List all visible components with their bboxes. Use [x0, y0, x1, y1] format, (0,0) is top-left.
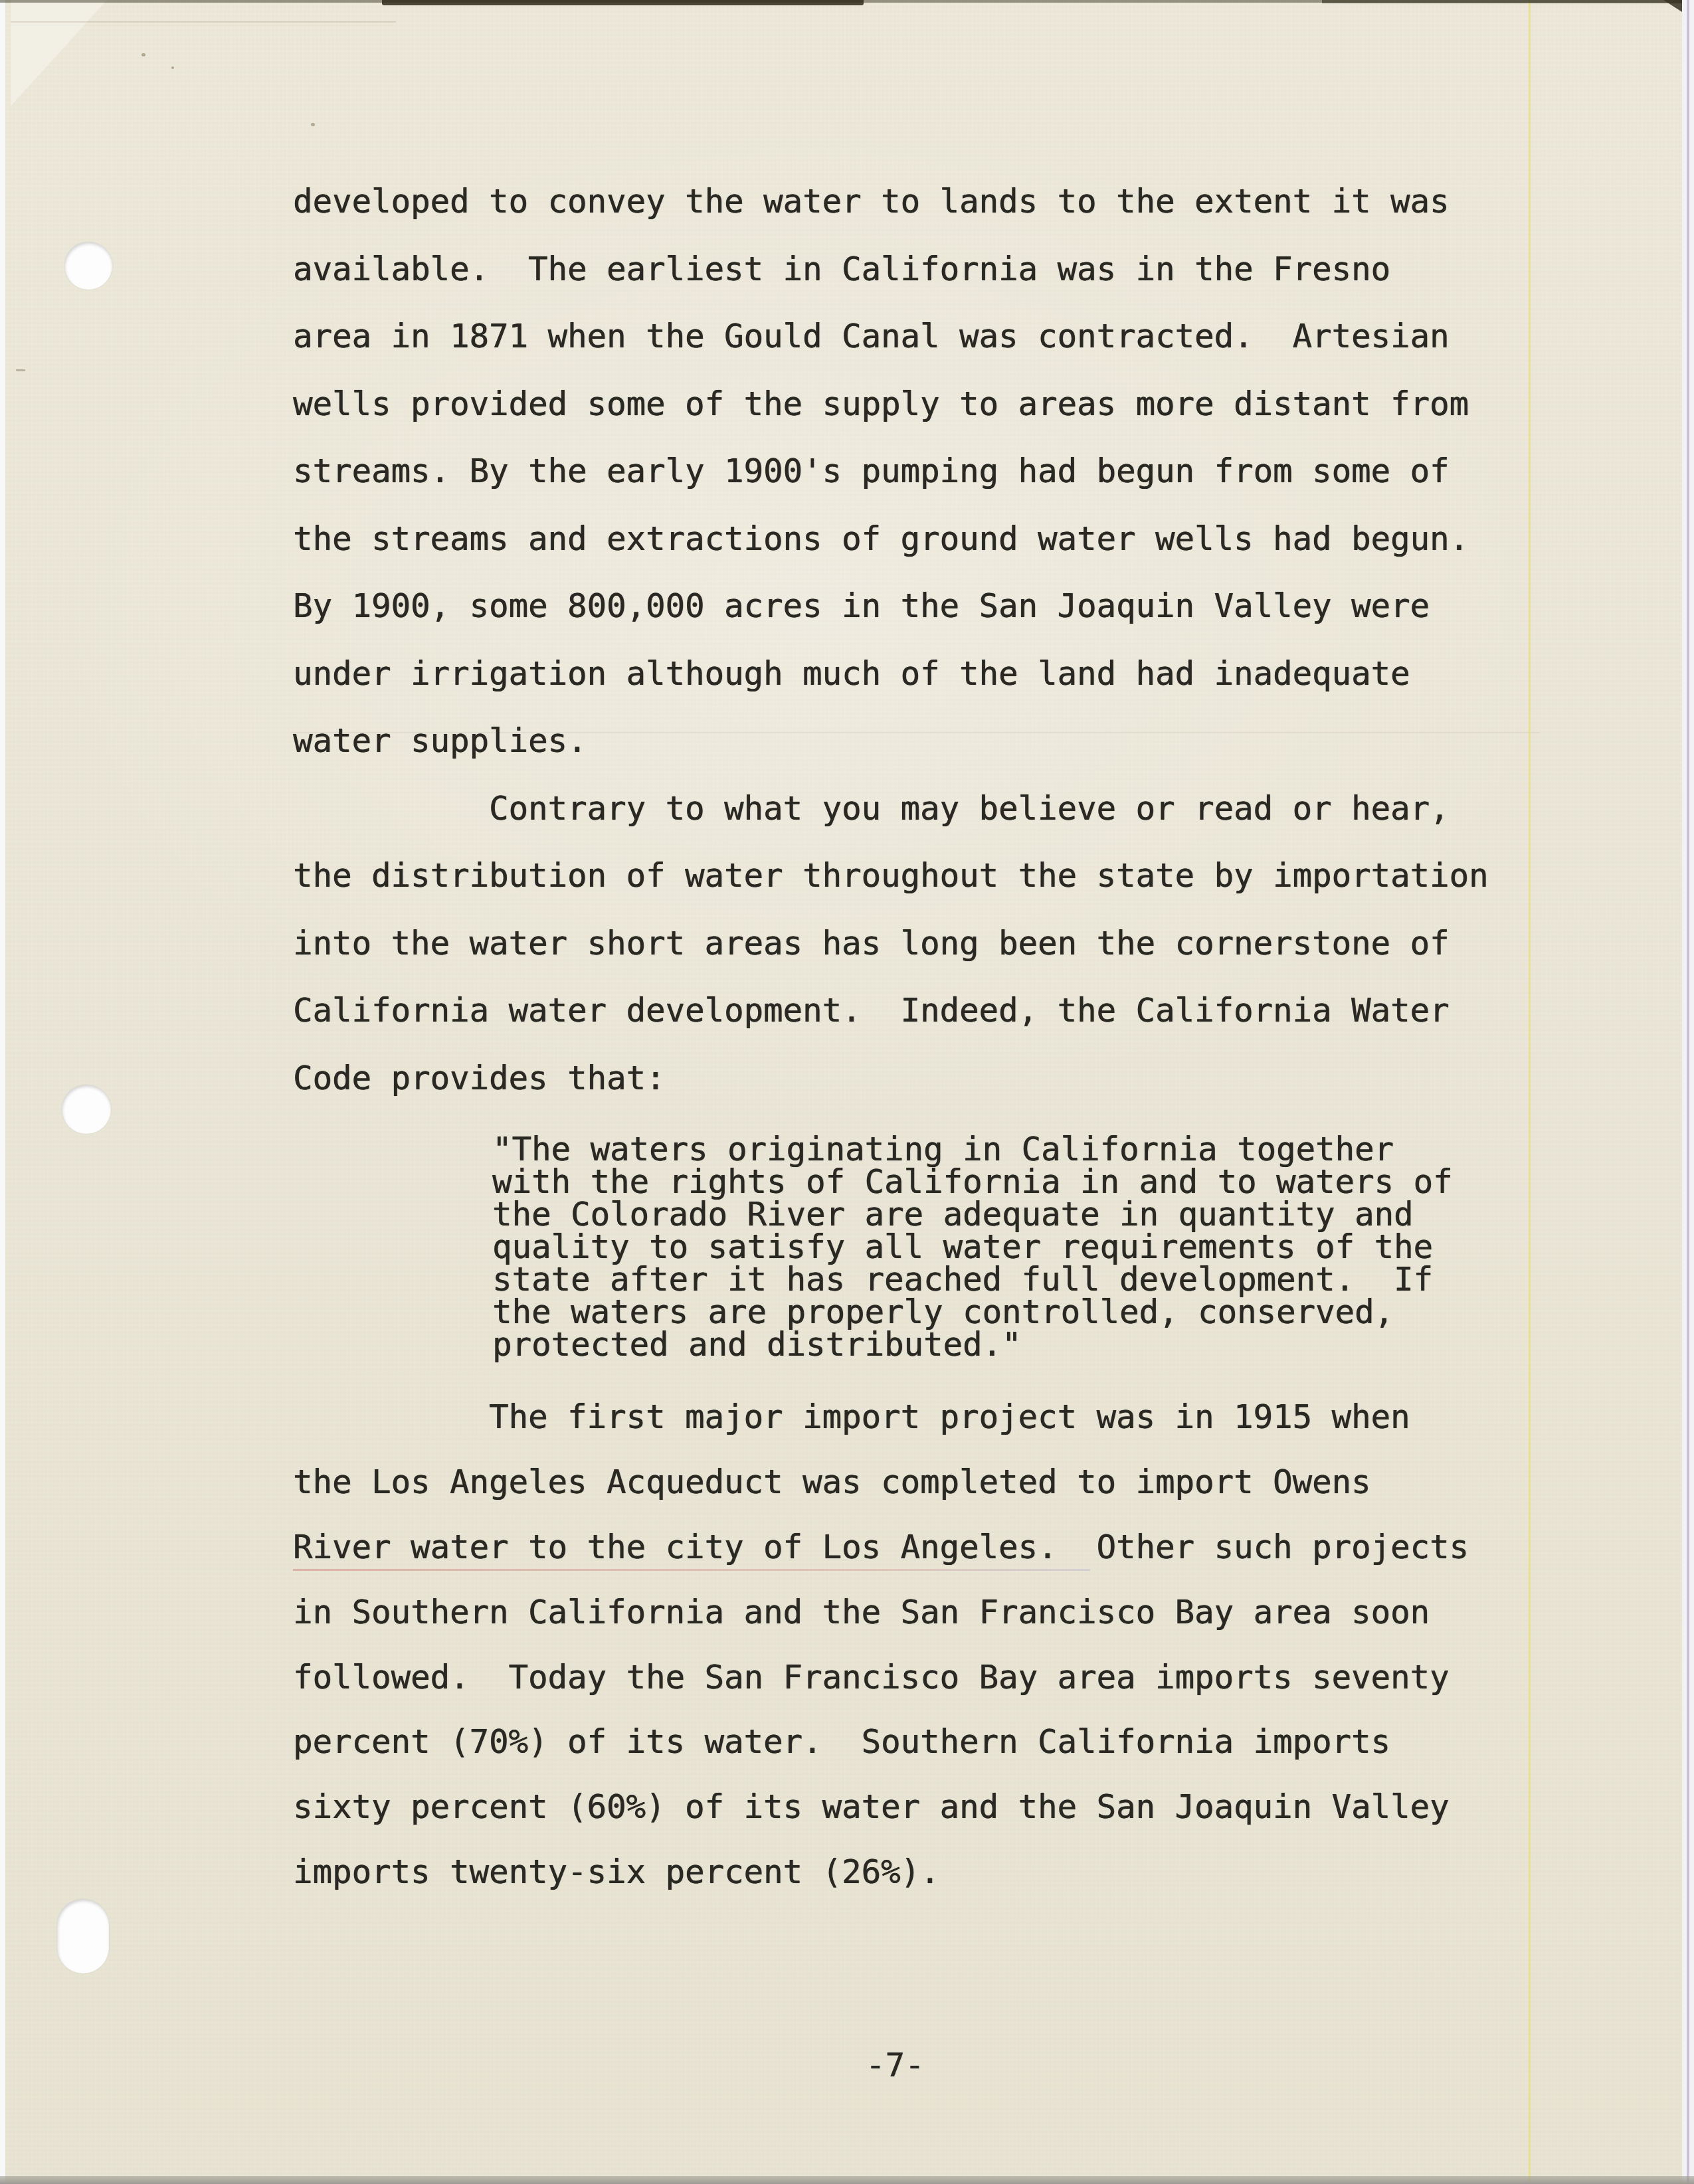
scan-top-edge-dark: [382, 0, 864, 5]
text-line: The first major import project was in 19…: [293, 1385, 1469, 1450]
paper-sheet: developed to convey the water to lands t…: [5, 0, 1682, 2184]
text-line: California water development. Indeed, th…: [293, 977, 1489, 1045]
scan-corner-shadow: [1663, 0, 1682, 12]
vertical-scan-line: [1529, 0, 1531, 2184]
scan-speck: [16, 369, 25, 371]
scanned-page: developed to convey the water to lands t…: [0, 0, 1694, 2184]
text-line: sixty percent (60%) of its water and the…: [293, 1775, 1469, 1840]
folded-corner: [11, 0, 107, 106]
text-line: the waters are properly controlled, cons…: [492, 1296, 1453, 1328]
text-line: By 1900, some 800,000 acres in the San J…: [293, 573, 1489, 640]
hole-punch: [62, 1085, 111, 1134]
text-line: the Los Angeles Acqueduct was completed …: [293, 1450, 1469, 1515]
text-line: "The waters originating in California to…: [492, 1133, 1453, 1166]
blockquote-water-code: "The waters originating in California to…: [492, 1133, 1453, 1361]
text-line: in Southern California and the San Franc…: [293, 1580, 1469, 1645]
text-line: area in 1871 when the Gould Canal was co…: [293, 303, 1489, 371]
scan-bottom-edge: [0, 2176, 1694, 2184]
text-line: developed to convey the water to lands t…: [293, 168, 1489, 236]
hole-punch: [57, 1899, 109, 1973]
text-line: wells provided some of the supply to are…: [293, 371, 1489, 438]
scan-edge-line: [1687, 0, 1689, 2184]
text-line: Code provides that:: [293, 1045, 1489, 1113]
text-line: imports twenty-six percent (26%).: [293, 1840, 1469, 1905]
text-line: streams. By the early 1900's pumping had…: [293, 438, 1489, 505]
scan-top-edge: [1322, 0, 1682, 3]
paper-crease: [11, 21, 396, 23]
paragraphs-bottom: The first major import project was in 19…: [293, 1385, 1469, 1905]
scan-color-artifact: [293, 1569, 1090, 1571]
hole-punch: [64, 242, 112, 290]
text-line: under irrigation although much of the la…: [293, 640, 1489, 708]
text-line: the Colorado River are adequate in quant…: [492, 1198, 1453, 1231]
text-line: quality to satisfy all water requirement…: [492, 1231, 1453, 1263]
scan-speck: [311, 123, 315, 126]
text-line: percent (70%) of its water. Southern Cal…: [293, 1710, 1469, 1775]
text-line: with the rights of California in and to …: [492, 1166, 1453, 1198]
text-line: protected and distributed.": [492, 1328, 1453, 1361]
text-line: into the water short areas has long been…: [293, 910, 1489, 978]
scan-speck: [141, 53, 145, 56]
text-line: water supplies.: [293, 707, 1489, 775]
text-line: state after it has reached full developm…: [492, 1263, 1453, 1296]
text-line: the streams and extractions of ground wa…: [293, 505, 1489, 573]
text-line: Contrary to what you may believe or read…: [293, 775, 1489, 843]
paragraphs-top: developed to convey the water to lands t…: [293, 168, 1489, 1112]
text-line: followed. Today the San Francisco Bay ar…: [293, 1645, 1469, 1710]
text-line: the distribution of water throughout the…: [293, 842, 1489, 910]
scan-speck: [171, 66, 174, 69]
page-number: -7-: [866, 2049, 925, 2082]
text-line: available. The earliest in California wa…: [293, 236, 1489, 304]
